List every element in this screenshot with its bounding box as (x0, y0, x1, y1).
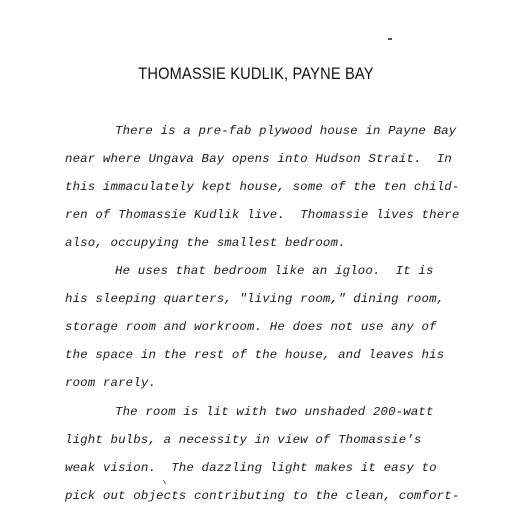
paragraph-1-line-1: There is a pre-fab plywood house in Payn… (115, 124, 456, 138)
paragraph-2-line-4: the space in the rest of the house, and … (65, 348, 444, 362)
paragraph-2-line-5: room rarely. (65, 376, 156, 390)
paragraph-1-line-3: this immaculately kept house, some of th… (65, 180, 459, 194)
paragraph-3-line-3: weak vision. The dazzling light makes it… (65, 461, 437, 475)
paragraph-1-line-4: ren of Thomassie Kudlik live. Thomassie … (65, 208, 459, 222)
paragraph-1-line-2: near where Ungava Bay opens into Hudson … (65, 152, 452, 166)
paragraph-3-line-1: The room is lit with two unshaded 200-wa… (115, 405, 434, 419)
document-page: THOMASSIE KUDLIK, PAYNE BAY There is a p… (0, 0, 512, 512)
stray-pen-tick (163, 480, 166, 484)
paragraph-3-line-4: pick out objects contributing to the cle… (65, 489, 459, 503)
paragraph-2-line-2: his sleeping quarters, "living room," di… (65, 292, 444, 306)
paragraph-1-line-5: also, occupying the smallest bedroom. (65, 236, 346, 250)
stray-ink-mark (388, 38, 392, 40)
paragraph-3-line-2: light bulbs, a necessity in view of Thom… (65, 433, 422, 447)
paragraph-2-line-3: storage room and workroom. He does not u… (65, 320, 437, 334)
document-title: THOMASSIE KUDLIK, PAYNE BAY (36, 64, 476, 84)
paragraph-2-line-1: He uses that bedroom like an igloo. It i… (115, 264, 434, 278)
